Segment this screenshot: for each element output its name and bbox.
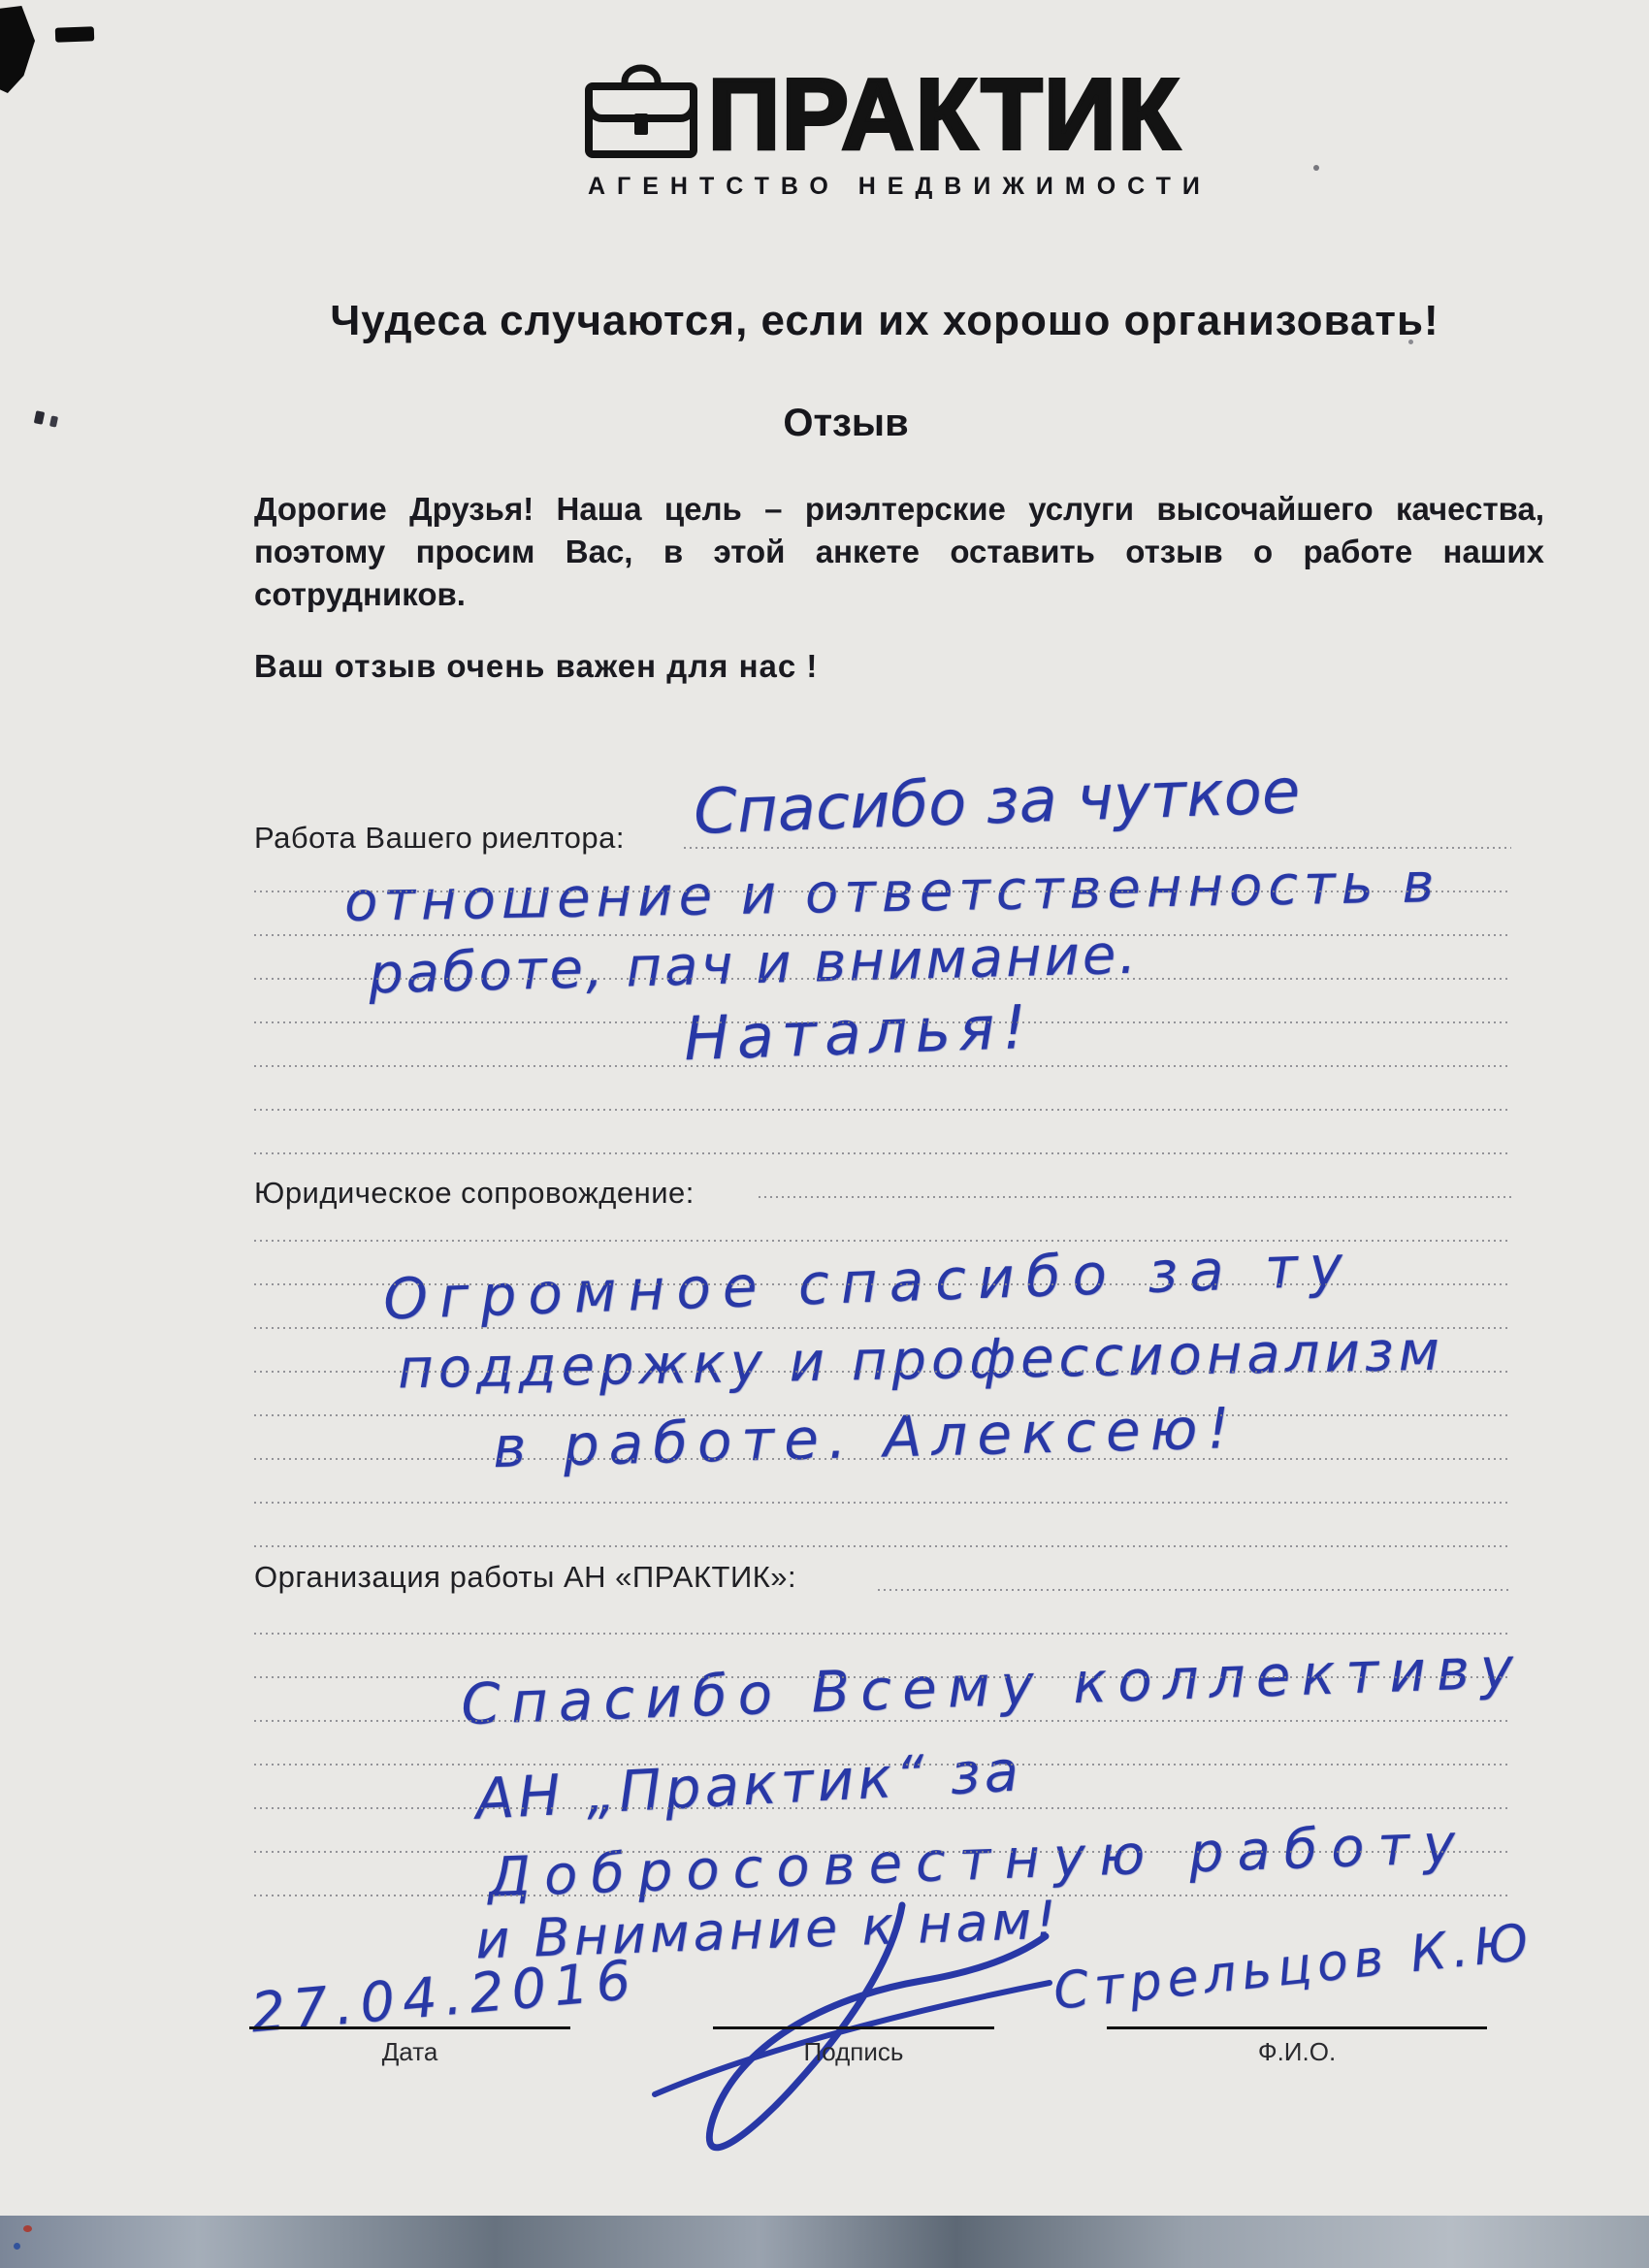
ruled-line xyxy=(254,1633,1511,1635)
handwriting-line: Спасибо Всему коллективу xyxy=(460,1635,1525,1737)
ruled-line xyxy=(254,1851,1511,1853)
importance-note: Ваш отзыв очень важен для нас ! xyxy=(254,648,818,685)
scan-speck xyxy=(1313,165,1319,171)
scan-artifact-corner xyxy=(0,6,35,93)
handwriting-line: поддержку и профессионализм xyxy=(398,1320,1445,1402)
ruled-line xyxy=(254,1109,1511,1111)
handwriting-line: в работе. Алексею! xyxy=(492,1395,1240,1480)
ruled-line xyxy=(254,1502,1511,1504)
ruled-line xyxy=(254,1545,1511,1547)
agency-logo: ПРАКТИК xyxy=(582,64,1180,161)
date-label: Дата xyxy=(249,2037,570,2067)
signature-label: Подпись xyxy=(713,2037,994,2067)
ruled-line xyxy=(254,1895,1511,1896)
field-label-legal: Юридическое сопровождение: xyxy=(254,1176,695,1211)
intro-line: Дорогие Друзья! Наша цель – риэлтерские … xyxy=(254,488,1544,531)
brand-name: ПРАКТИК xyxy=(708,69,1180,161)
handwritten-date: 27.04.2016 xyxy=(248,1949,641,2046)
intro-line: сотрудников. xyxy=(254,573,1544,616)
handwriting-line: Огромное спасибо за ту xyxy=(382,1233,1355,1333)
ruled-line xyxy=(254,1240,1511,1242)
ruled-line xyxy=(254,1371,1511,1373)
handwritten-name: Стрельцов К.Ю xyxy=(1051,1913,1536,2022)
ruled-line xyxy=(254,1065,1511,1067)
ruled-line xyxy=(254,1152,1511,1154)
scan-artifact-dash xyxy=(55,26,94,42)
name-line xyxy=(1107,2026,1487,2029)
brand-tagline: АГЕНТСТВО НЕДВИЖИМОСТИ xyxy=(588,173,1209,201)
ruled-line xyxy=(254,891,1511,892)
form-title: Отзыв xyxy=(254,402,1438,445)
ruled-line xyxy=(759,1196,1511,1198)
ruled-line xyxy=(254,1764,1511,1766)
ruled-line xyxy=(254,1807,1511,1809)
handwriting-line: АН „Практик“ за xyxy=(474,1737,1024,1831)
scan-edge-band xyxy=(0,2216,1649,2268)
briefcase-icon xyxy=(582,64,700,161)
handwriting-line: Наталья! xyxy=(683,991,1035,1075)
slogan: Чудеса случаются, если их хорошо организ… xyxy=(254,297,1515,345)
ruled-line xyxy=(254,934,1511,936)
field-label-realtor: Работа Вашего риелтора: xyxy=(254,821,625,856)
ruled-line xyxy=(254,1414,1511,1416)
scan-speck xyxy=(14,2243,20,2250)
date-line xyxy=(249,2026,570,2029)
field-label-organization: Организация работы АН «ПРАКТИК»: xyxy=(254,1560,796,1595)
ruled-line xyxy=(878,1589,1511,1591)
scan-speck xyxy=(49,415,58,427)
ruled-line xyxy=(254,1283,1511,1285)
scanned-feedback-form: ПРАКТИК АГЕНТСТВО НЕДВИЖИМОСТИ Чудеса сл… xyxy=(0,0,1649,2268)
ruled-line xyxy=(254,1021,1511,1023)
ruled-line xyxy=(254,978,1511,980)
handwriting-line: отношение и ответственность в xyxy=(344,852,1440,934)
scan-speck xyxy=(23,2225,32,2232)
ruled-line xyxy=(254,1676,1511,1678)
handwriting-line: Спасибо за чуткое xyxy=(693,756,1301,849)
intro-paragraph: Дорогие Друзья! Наша цель – риэлтерские … xyxy=(254,488,1544,616)
scan-speck xyxy=(34,410,46,425)
ruled-line xyxy=(254,1458,1511,1460)
ruled-line xyxy=(684,847,1511,849)
signature-line xyxy=(713,2026,994,2029)
intro-line: поэтому просим Вас, в этой анкете остави… xyxy=(254,531,1544,573)
ruled-line xyxy=(254,1720,1511,1722)
ruled-line xyxy=(254,1327,1511,1329)
name-label: Ф.И.О. xyxy=(1107,2037,1487,2067)
signature-scribble xyxy=(601,1886,1067,2177)
